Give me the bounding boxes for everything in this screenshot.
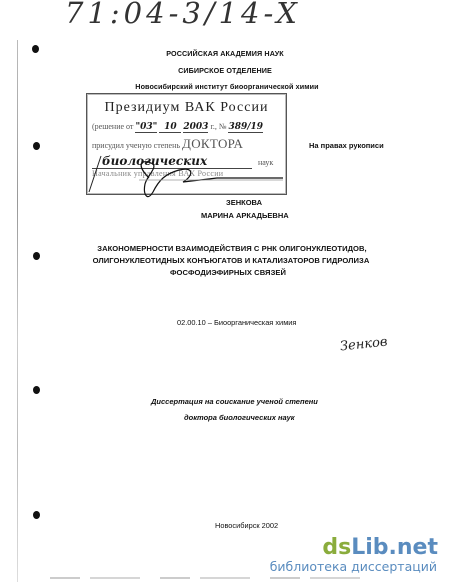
logo-ds: ds bbox=[322, 535, 351, 560]
thesis-title-line: ЗАКОНОМЕРНОСТИ ВЗАИМОДЕЙСТВИЯ С РНК ОЛИГ… bbox=[0, 243, 450, 255]
academy-name: РОССИЙСКАЯ АКАДЕМИЯ НАУК bbox=[0, 49, 450, 58]
signature-icon bbox=[87, 94, 287, 206]
scan-artifact-line bbox=[50, 577, 380, 579]
dissertation-type-line1: Диссертация на соискание ученой степени bbox=[151, 397, 318, 406]
institute-name: Новосибирский институт биоорганической х… bbox=[2, 82, 450, 91]
manuscript-rights: На правах рукописи bbox=[309, 141, 384, 150]
binder-hole bbox=[33, 386, 40, 394]
dissertation-type-line2: доктора биологических наук bbox=[184, 413, 295, 422]
thesis-title-line: ОЛИГОНУКЛЕОТИДНЫХ КОНЪЮГАТОВ И КАТАЛИЗАТ… bbox=[0, 255, 450, 267]
binder-hole bbox=[33, 511, 40, 519]
author-surname: ЗЕНКОВА bbox=[226, 198, 262, 207]
page-margin-line bbox=[17, 40, 18, 582]
dslib-tagline: библиотека диссертаций bbox=[270, 559, 437, 574]
author-name: МАРИНА АРКАДЬЕВНА bbox=[201, 211, 289, 220]
vak-stamp: Президиум ВАК России (решение от "03" 10… bbox=[86, 93, 287, 195]
author-signature: Зенков bbox=[339, 335, 388, 355]
place-year: Новосибирск 2002 bbox=[215, 521, 295, 530]
dslib-logo[interactable]: dsLib.net bbox=[322, 535, 438, 560]
branch-name: СИБИРСКОЕ ОТДЕЛЕНИЕ bbox=[0, 66, 450, 75]
specialty: 02.00.10 – Биоорганическая химия bbox=[177, 318, 296, 327]
thesis-title: ЗАКОНОМЕРНОСТИ ВЗАИМОДЕЙСТВИЯ С РНК ОЛИГ… bbox=[0, 243, 450, 279]
logo-lib: Lib.net bbox=[351, 535, 438, 560]
archive-code: 71:04-3/14-X bbox=[65, 0, 301, 30]
binder-hole bbox=[33, 142, 40, 150]
thesis-title-line: ФОСФОДИЭФИРНЫХ СВЯЗЕЙ bbox=[0, 267, 450, 279]
